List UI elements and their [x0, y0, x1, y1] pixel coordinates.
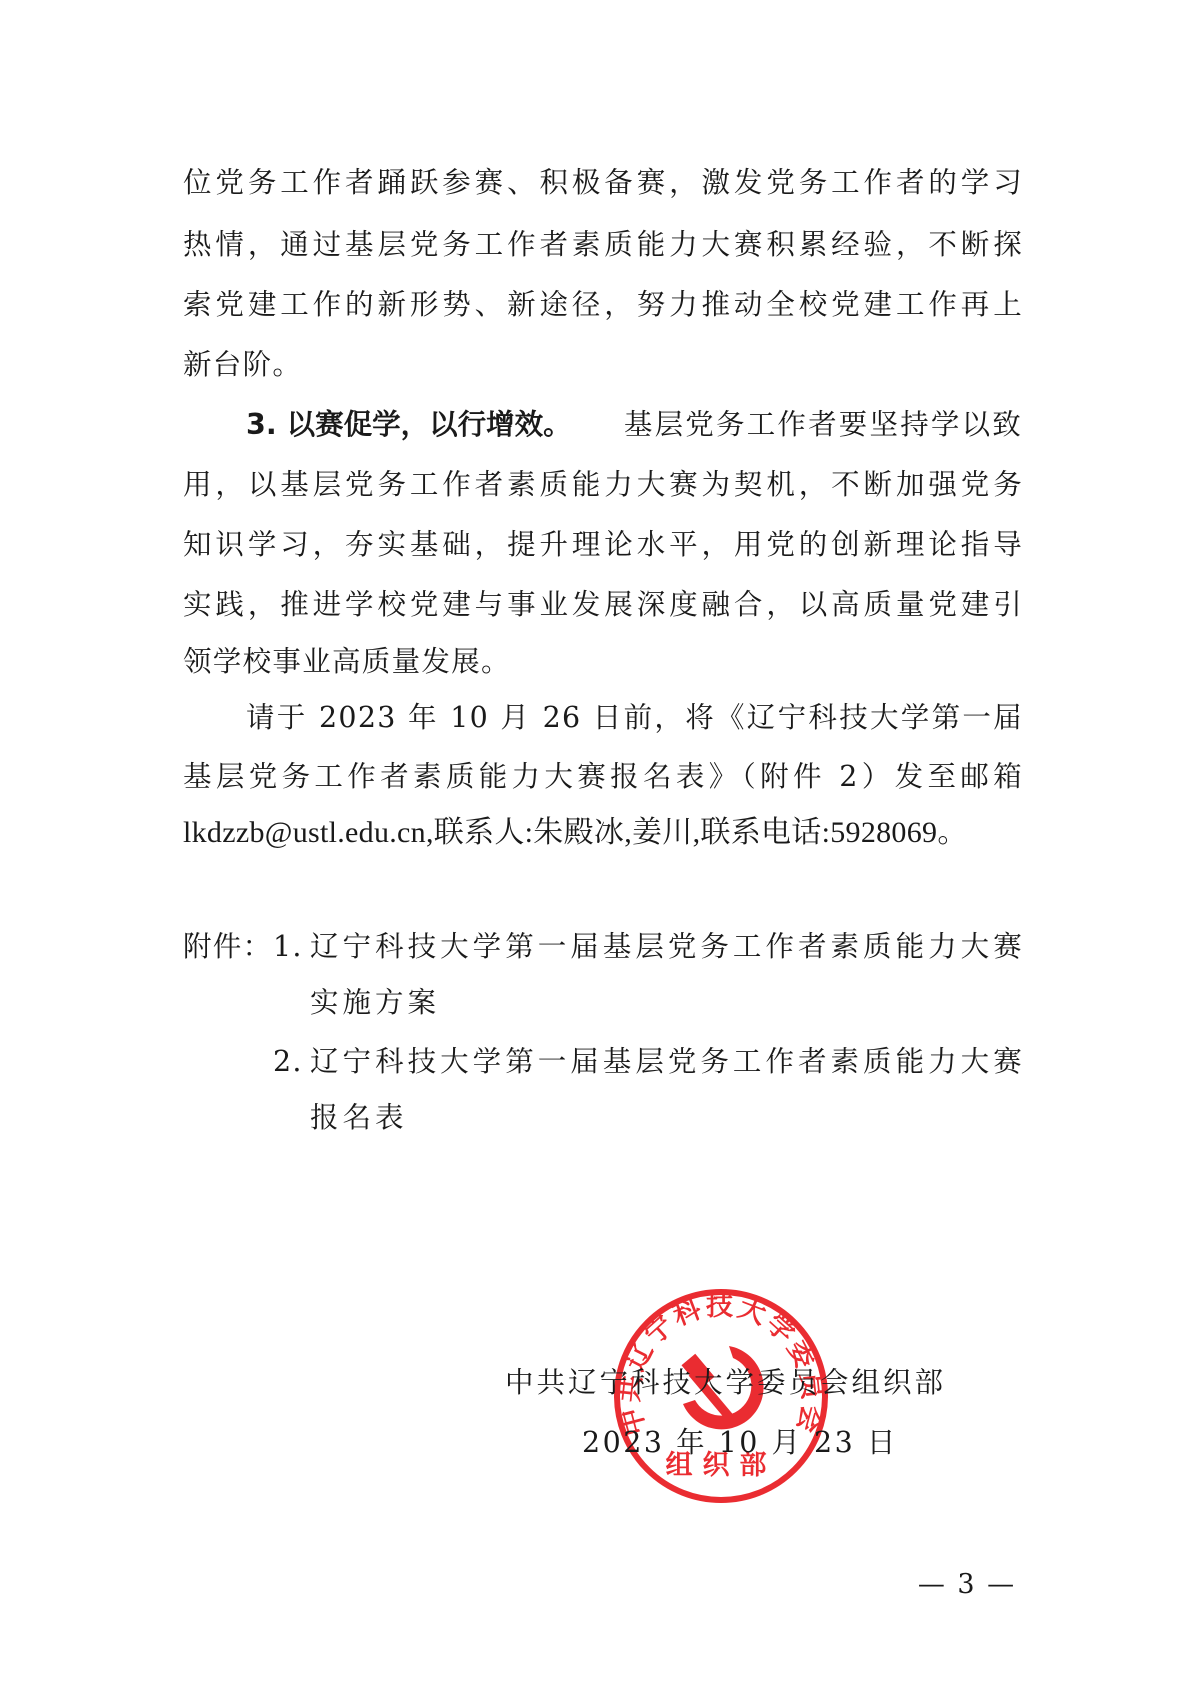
- point-3-heading: 3. 以赛促学，以行增效。: [246, 405, 572, 445]
- point-3-first-line: 3. 以赛促学，以行增效。 基层党务工作者要坚持学以致: [246, 405, 1023, 445]
- paragraph-line: 索党建工作的新形势、新途径，努力推动全校党建工作再上: [183, 285, 1023, 325]
- paragraph-line: 新台阶。: [183, 345, 1023, 385]
- paragraph-line: 热情，通过基层党务工作者素质能力大赛积累经验，不断探: [183, 225, 1023, 265]
- paragraph-line: 用，以基层党务工作者素质能力大赛为契机，不断加强党务: [183, 465, 1023, 505]
- attachment-1-title: 辽宁科技大学第一届基层党务工作者素质能力大赛: [310, 927, 1023, 967]
- submission-line: 请于 2023 年 10 月 26 日前，将《辽宁科技大学第一届: [246, 698, 1023, 738]
- attachment-2-title-cont: 报名表: [310, 1098, 408, 1138]
- attachments-label: 附件：: [183, 927, 272, 967]
- paragraph-line: 领学校事业高质量发展。: [183, 642, 1023, 682]
- contact-line: lkdzzb@ustl.edu.cn,联系人:朱殿冰,姜川,联系电话:59280…: [183, 813, 1023, 853]
- issue-date: 2023 年 10 月 23 日: [582, 1423, 898, 1463]
- attachment-1-title-cont: 实施方案: [310, 983, 440, 1023]
- point-3-text: 基层党务工作者要坚持学以致: [624, 405, 1023, 445]
- paragraph-line: 位党务工作者踊跃参赛、积极备赛，激发党务工作者的学习: [183, 163, 1023, 203]
- submission-line: 基层党务工作者素质能力大赛报名表》（附件 2）发至邮箱: [183, 757, 1023, 797]
- attachment-1-number: 1.: [273, 927, 303, 967]
- attachment-2-title: 辽宁科技大学第一届基层党务工作者素质能力大赛: [310, 1042, 1023, 1082]
- paragraph-line: 实践，推进学校党建与事业发展深度融合，以高质量党建引: [183, 585, 1023, 625]
- page-number: — 3 —: [912, 1565, 1022, 1605]
- paragraph-line: 知识学习，夯实基础，提升理论水平，用党的创新理论指导: [183, 525, 1023, 565]
- document-page: 位党务工作者踊跃参赛、积极备赛，激发党务工作者的学习 热情，通过基层党务工作者素…: [0, 0, 1190, 1683]
- attachment-2-number: 2.: [273, 1042, 303, 1082]
- issuer-signature: 中共辽宁科技大学委员会组织部: [505, 1363, 946, 1403]
